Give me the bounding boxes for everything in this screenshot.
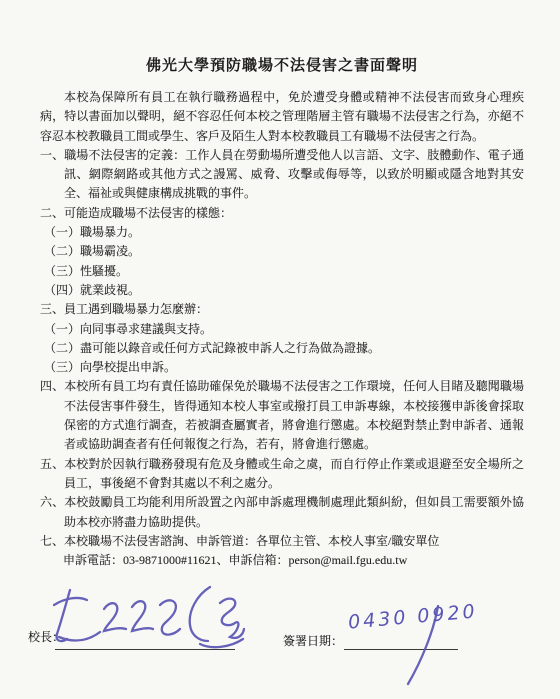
sub-item-3-2: （二）盡可能以錄音或任何方式記錄被申訴人之行為做為證據。 (40, 339, 524, 358)
pen-descender-stroke (400, 602, 448, 690)
document-body: 佛光大學預防職場不法侵害之書面聲明 本校為保障所有員工在執行職務過程中，免於遭受… (40, 54, 524, 570)
numbered-item-3: 三、員工遇到職場暴力怎麼辦： (40, 300, 524, 319)
president-signature (50, 584, 245, 657)
date-label: 簽署日期： (283, 632, 343, 649)
numbered-item-7: 七、本校職場不法侵害諮詢、申訴管道：各單位主管、本校人事室/職安單位 (40, 532, 524, 551)
numbered-item-2: 二、可能造成職場不法侵害的樣態： (40, 204, 524, 223)
contact-line: 申訴電話：03-9871000#11621、申訴信箱：person@mail.f… (40, 551, 524, 570)
scanned-declaration-page: 佛光大學預防職場不法侵害之書面聲明 本校為保障所有員工在執行職務過程中，免於遭受… (0, 0, 560, 699)
numbered-item-4: 四、本校所有員工均有責任協助確保免於職場不法侵害之工作環境，任何人目睹及聽聞職場… (40, 377, 524, 454)
sub-item-2-2: （二）職場霸凌。 (40, 242, 524, 261)
numbered-item-5: 五、本校對於因執行職務發現有危及身體或生命之虞，而自行停止作業或退避至安全場所之… (40, 455, 524, 494)
sub-item-3-1: （一）向同事尋求建議與支持。 (40, 320, 524, 339)
sub-item-3-3: （三）向學校提出申訴。 (40, 358, 524, 377)
numbered-item-1: 一、職場不法侵害的定義：工作人員在勞動場所遭受他人以言語、文字、肢體動作、電子通… (40, 146, 524, 204)
sub-item-2-4: （四）就業歧視。 (40, 281, 524, 300)
sub-item-2-1: （一）職場暴力。 (40, 223, 524, 242)
sub-item-2-3: （三）性騷擾。 (40, 262, 524, 281)
numbered-item-6: 六、本校鼓勵員工均能利用所設置之內部申訴處理機制處理此類糾紛，但如員工需要額外協… (40, 493, 524, 532)
document-title: 佛光大學預防職場不法侵害之書面聲明 (40, 54, 524, 75)
intro-paragraph: 本校為保障所有員工在執行職務過程中，免於遭受身體或精神不法侵害而致身心理疾病，特… (40, 88, 524, 146)
